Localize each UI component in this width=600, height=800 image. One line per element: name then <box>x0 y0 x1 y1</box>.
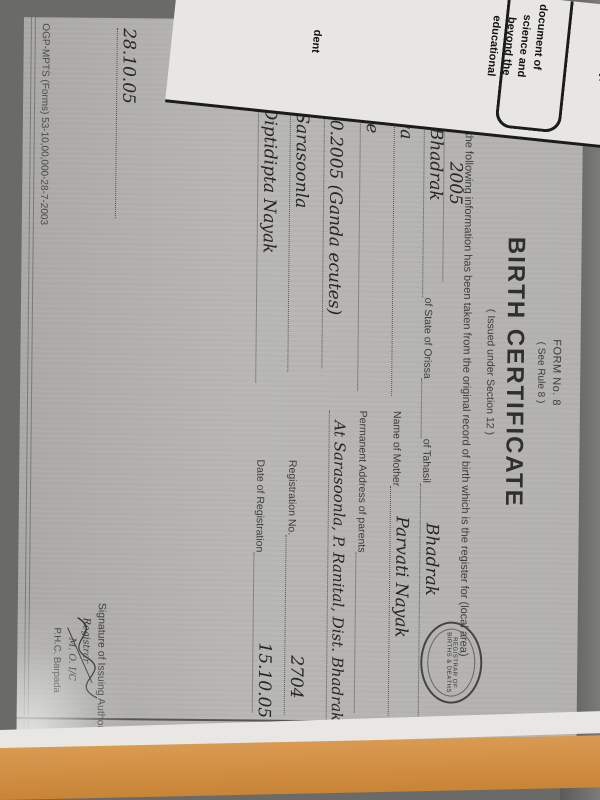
field-registration-no: Registration No. 2704 <box>284 460 302 715</box>
place-of-birth-value: Sarasoonla <box>291 112 312 208</box>
booklet-text-fragment: dent <box>309 29 323 53</box>
print-reference-footer: OGP-MPTS (Forms) 53-10,00,000-28-7-2003 <box>38 23 51 225</box>
table-surface <box>0 735 600 800</box>
official-seal-stamp: REGISTRAR OF BIRTHS & DEATHS <box>420 621 483 704</box>
date-of-issue-value: 28.10.05 <box>118 28 139 104</box>
registration-no-label: Registration No. <box>286 460 299 535</box>
place-value: Bhadrak <box>425 128 446 201</box>
date-of-registration-label: Date of Registration <box>253 460 266 553</box>
address-label: Permanent Address of parents <box>355 411 368 553</box>
field-permanent-address: Permanent Address of parents <box>354 411 372 713</box>
state-label: of State of Orissa <box>421 298 434 379</box>
tahasil-label: of Tahasil <box>420 439 432 483</box>
field-date-of-issue: 28.10.05 <box>115 28 132 218</box>
seal-text: REGISTRAR OF BIRTHS & DEATHS <box>445 624 458 702</box>
date-of-registration-value: 15.10.05 <box>254 642 275 718</box>
mother-value: Parvati Nayak <box>391 516 412 638</box>
address-value: At Sarasoonla, P. Ranital, Dist. Bhadrak <box>328 420 349 721</box>
registration-no-value: 2704 <box>286 655 306 698</box>
field-date-of-registration: Date of Registration 15.10.05 <box>252 460 270 713</box>
father-value: Diptidipta Nayak <box>259 107 281 254</box>
field-mother: Name of Mother Parvati Nayak <box>388 411 406 716</box>
year-value: 2005 <box>445 162 465 205</box>
field-permanent-address-line2: At Sarasoonla, P. Ranital, Dist. Bhadrak <box>326 410 344 720</box>
tahasil-value: Bhadrak <box>421 523 442 596</box>
mother-label: Name of Mother <box>390 411 403 486</box>
dob-value: 2.10.2005 (Ganda ecutes) <box>324 93 346 316</box>
